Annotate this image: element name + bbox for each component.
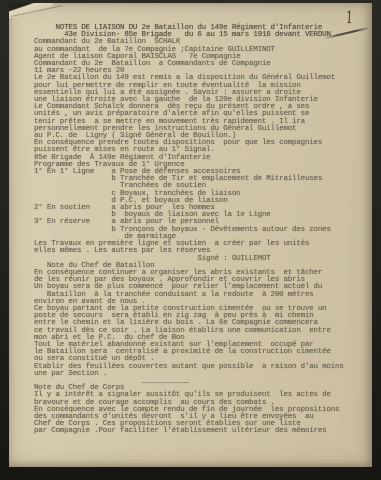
note-chef-corps-text: Note du Chef de Corps Il y a intérêt a s… bbox=[34, 385, 372, 435]
note-chef-bataillon-text: Note du Chef de Bataillon En conséquence… bbox=[34, 263, 372, 378]
page-crease bbox=[11, 5, 62, 17]
scanned-document-page: NOTES DE LIAISON DU 2e Bataillon du 149e… bbox=[9, 3, 372, 467]
programme-travaux-text: 85e Brigade À 149e Régiment d'Infanterie… bbox=[34, 155, 372, 263]
order-11-mars-text: Commandant du 2e Bataillon a Commandants… bbox=[34, 61, 372, 155]
document-recipients: Commandant du 2e Bataillon SCHALK au com… bbox=[34, 39, 372, 61]
